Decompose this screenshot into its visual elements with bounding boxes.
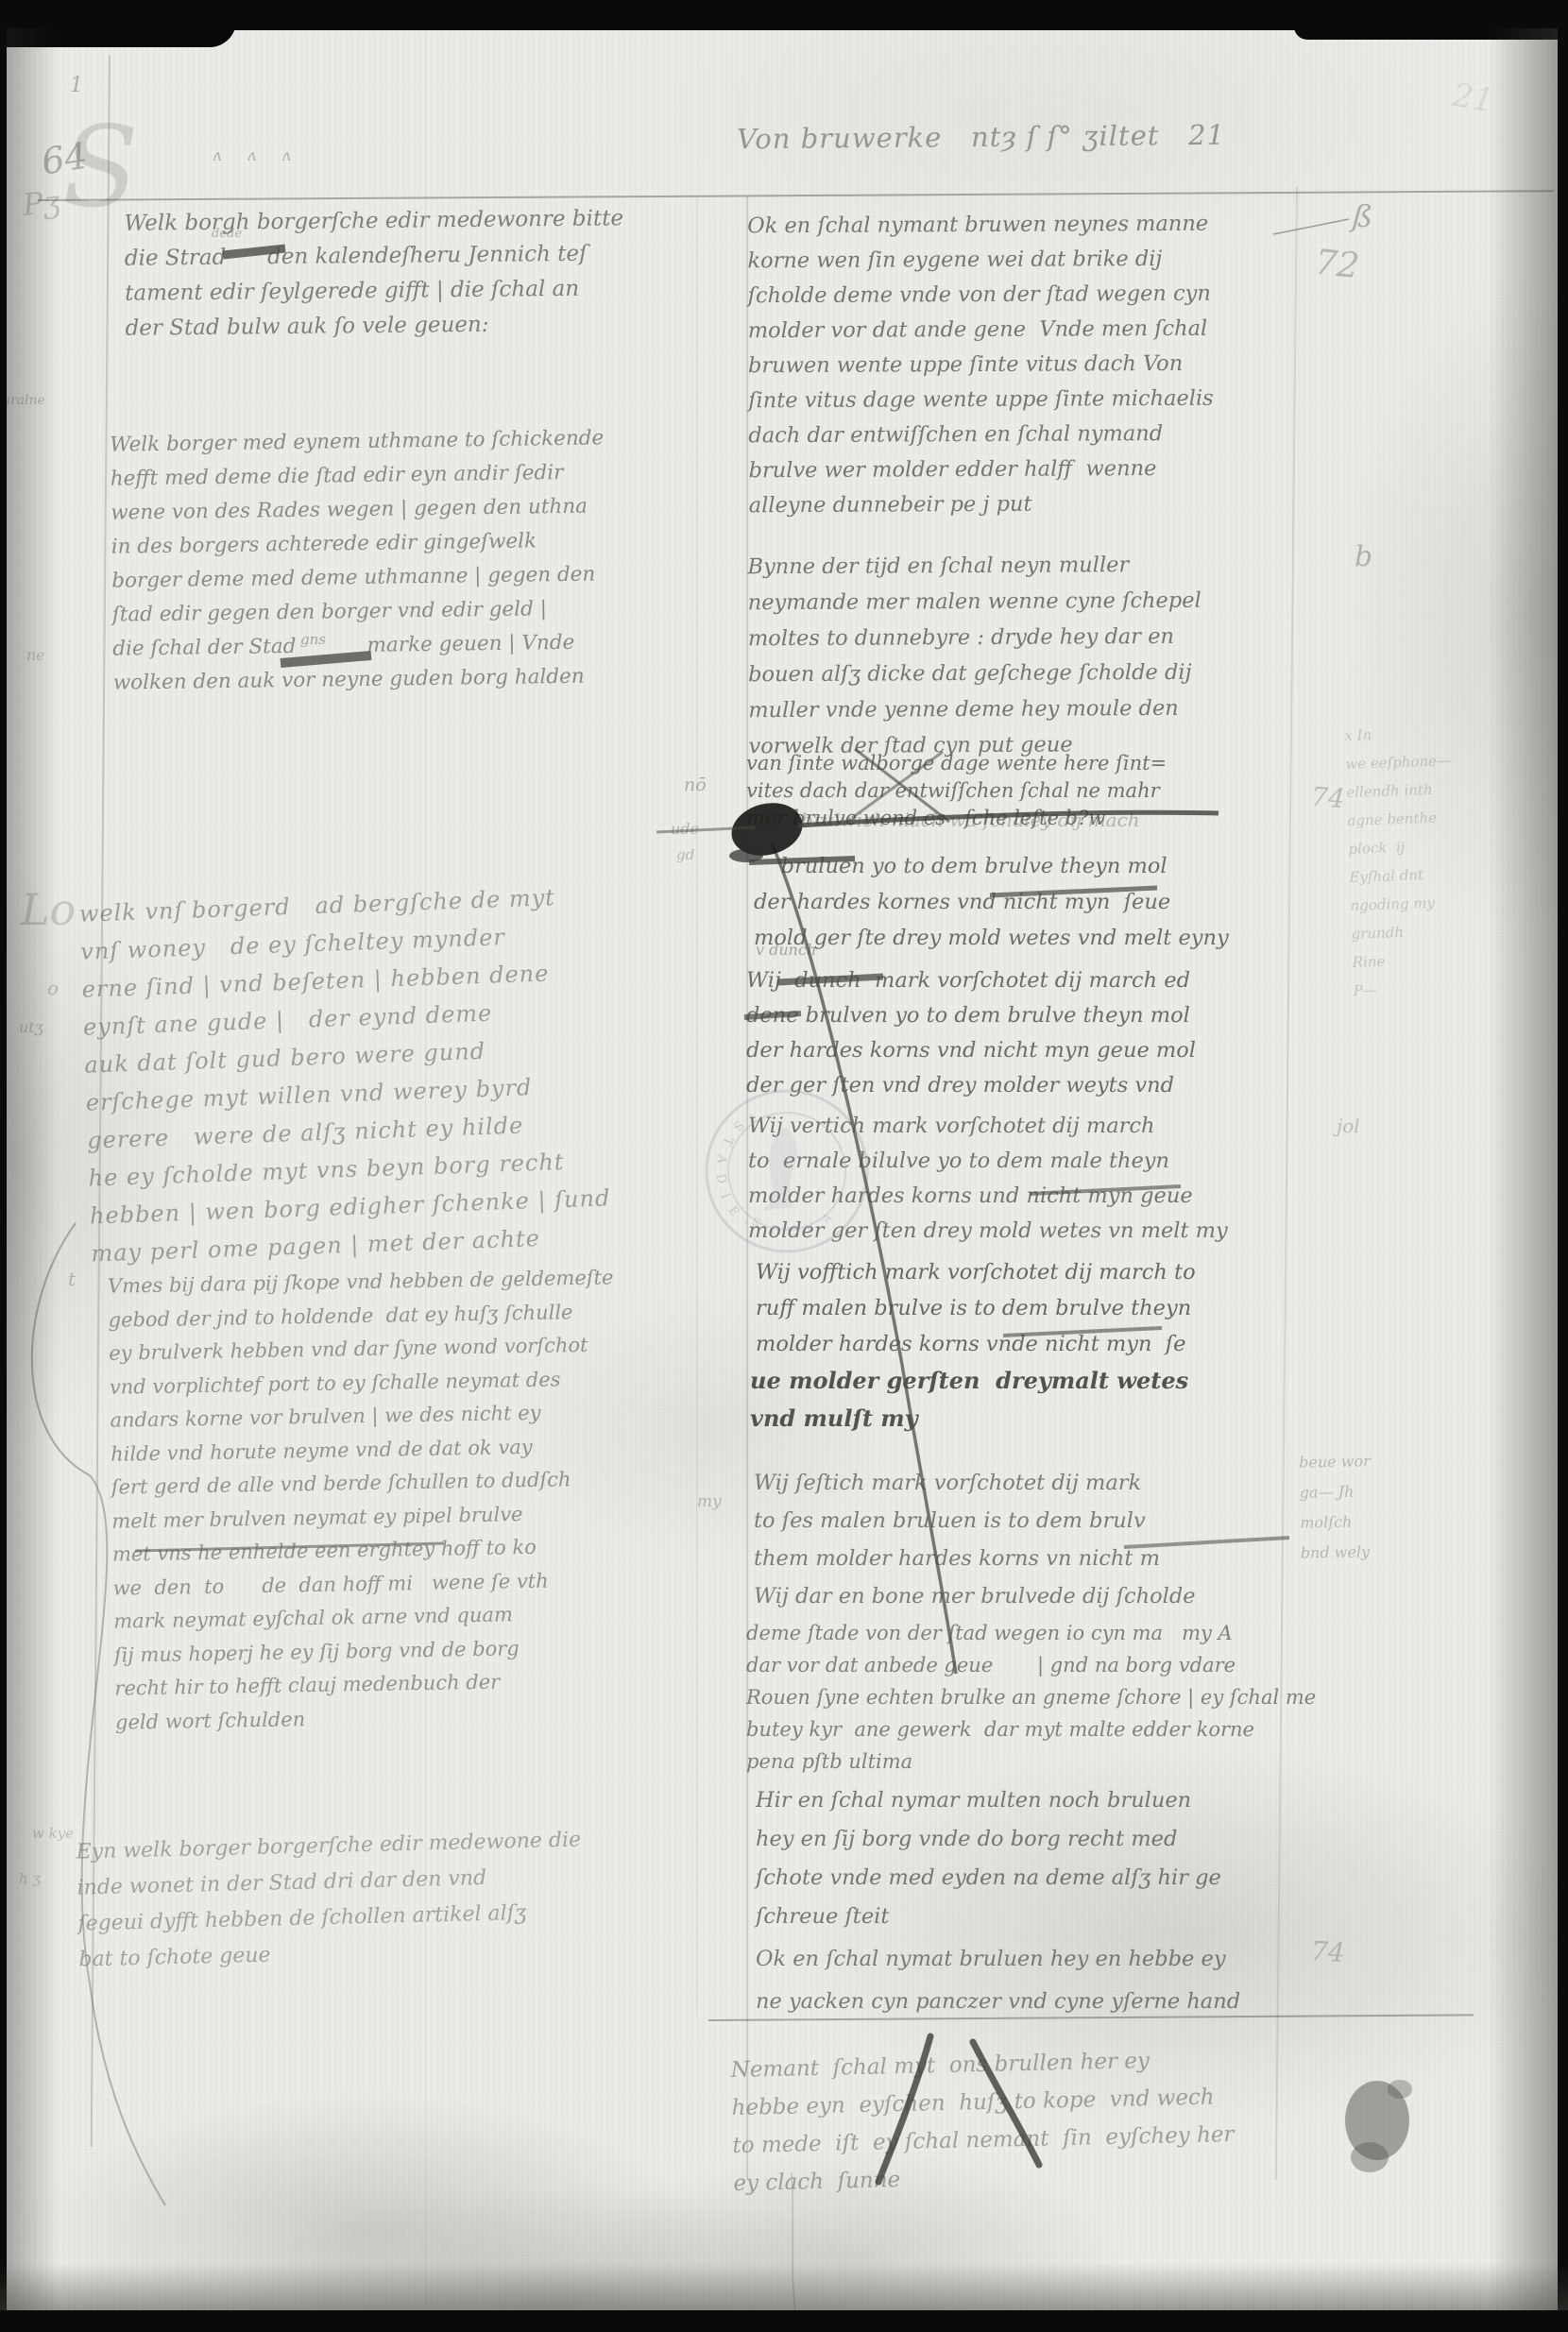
scan-shadow-right bbox=[1488, 28, 1558, 2314]
cancellation-stroke-bottom-2 bbox=[973, 2042, 1039, 2165]
strike-right-3 bbox=[744, 1013, 801, 1017]
strike-left-2 bbox=[281, 655, 371, 663]
manuscript-scan: Von bruwerke ntȝ ſ ſ° ʒiltet 21 21 1 ʌ ʌ… bbox=[0, 0, 1568, 2332]
cancellation-stroke-long bbox=[772, 843, 956, 1674]
strike-through-blob-line bbox=[798, 812, 1219, 826]
ink-annotations bbox=[0, 0, 1568, 2332]
cancellation-stroke-bottom-1 bbox=[878, 2036, 930, 2182]
margin-curve-2 bbox=[82, 1475, 165, 2205]
scan-edge-bottom bbox=[0, 2310, 1568, 2332]
strike-left-3 bbox=[135, 1543, 444, 1551]
scan-edge-right bbox=[1558, 0, 1568, 2332]
strike-right-2 bbox=[777, 977, 883, 982]
cancellation-x-1 bbox=[855, 749, 949, 822]
cancellation-x-2 bbox=[852, 752, 943, 818]
scan-edge-left bbox=[0, 0, 7, 2332]
scan-shadow-bottom bbox=[0, 2263, 1568, 2310]
strike-right-5 bbox=[1003, 1328, 1162, 1336]
scan-shadow-left bbox=[7, 28, 59, 2314]
strike-right-1 bbox=[990, 888, 1157, 895]
strike-right-4 bbox=[1030, 1186, 1181, 1194]
strike-short-under-blob bbox=[749, 859, 855, 862]
strike-right-6 bbox=[1124, 1538, 1289, 1547]
strike-left-1 bbox=[223, 248, 285, 255]
